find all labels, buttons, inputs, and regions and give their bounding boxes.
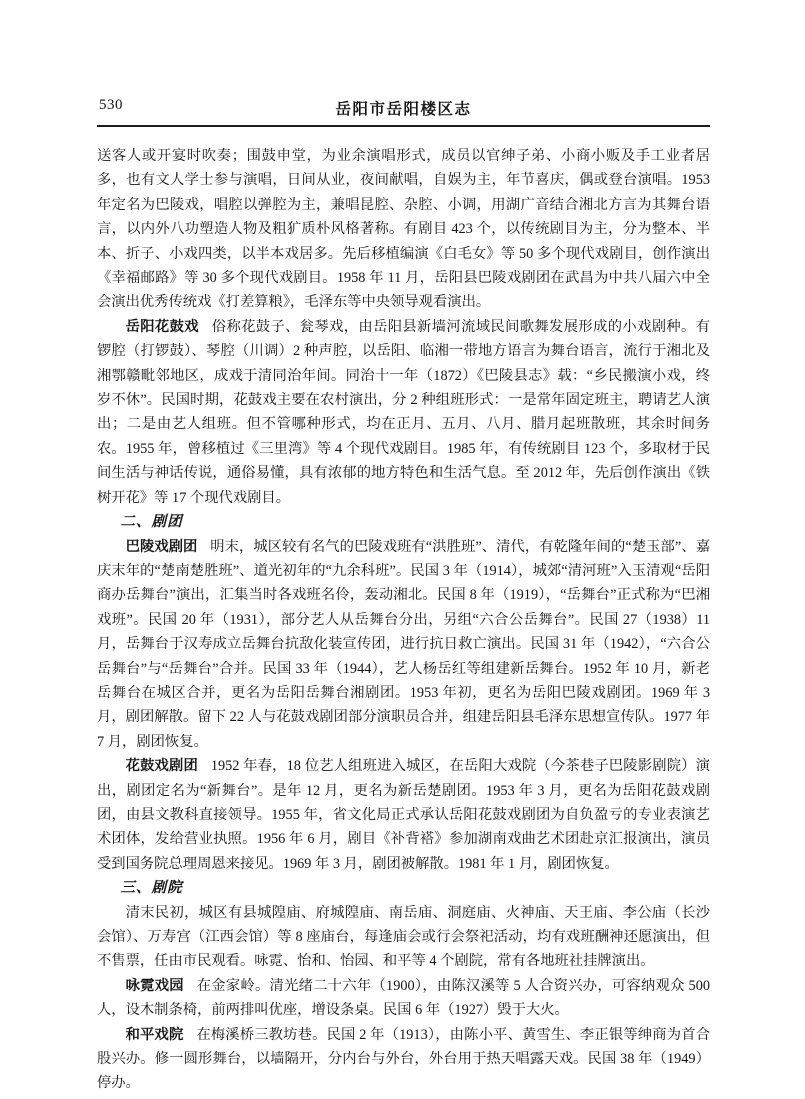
entry-term-yueyang-huaguxi: 岳阳花鼓戏 <box>126 319 212 335</box>
paragraph-theaters-intro: 清末民初，城区有县城隍庙、府城隍庙、南岳庙、洞庭庙、火神庙、天王庙、李公庙（长沙… <box>97 901 710 974</box>
paragraph-continuation: 送客人或开宴时吹奏；围鼓申堂，为业余演唱形式，成员以官绅子弟、小商小贩及手工业者… <box>97 144 710 315</box>
body-text: 送客人或开宴时吹奏；围鼓申堂，为业余演唱形式，成员以官绅子弟、小商小贩及手工业者… <box>97 144 710 1096</box>
page-content: 530 岳阳市岳阳楼区志 送客人或开宴时吹奏；围鼓申堂，为业余演唱形式，成员以官… <box>97 97 710 1096</box>
entry-balingxi-troupe: 巴陵戏剧团明末，城区较有名气的巴陵戏班有“洪胜班”、清代，有乾隆年间的“楚玉部”… <box>97 535 710 755</box>
entry-term-balingxi-troupe: 巴陵戏剧团 <box>126 539 211 555</box>
entry-heping-theater: 和平戏院在梅溪桥三教坊巷。民国 2 年（1913），由陈小平、黄雪生、李正银等绅… <box>97 1023 710 1096</box>
section-heading-theaters: 三、剧院 <box>97 876 710 900</box>
entry-term-huaguxi-troupe: 花鼓戏剧团 <box>126 758 211 774</box>
entry-text-yueyang-huaguxi: 俗称花鼓子、瓮琴戏，由岳阳县新墙河流域民间歌舞发展形成的小戏剧种。有锣腔（打锣鼓… <box>97 319 710 506</box>
running-header: 530 岳阳市岳阳楼区志 <box>97 97 710 127</box>
entry-term-yongni-theater: 咏霓戏园 <box>126 978 197 994</box>
running-header-title: 岳阳市岳阳楼区志 <box>97 97 710 119</box>
entry-huaguxi-troupe: 花鼓戏剧团1952 年春，18 位艺人组班进入城区，在岳阳大戏院（今茶巷子巴陵影… <box>97 754 710 876</box>
entry-text-balingxi-troupe: 明末，城区较有名气的巴陵戏班有“洪胜班”、清代，有乾隆年间的“楚玉部”、嘉庆末年… <box>97 539 710 750</box>
book-page: 530 岳阳市岳阳楼区志 送客人或开宴时吹奏；围鼓申堂，为业余演唱形式，成员以官… <box>0 0 805 1099</box>
entry-yongni-theater: 咏霓戏园在金家岭。清光绪二十六年（1900），由陈汉溪等 5 人合资兴办，可容纳… <box>97 974 710 1023</box>
entry-term-heping-theater: 和平戏院 <box>126 1027 197 1043</box>
entry-yueyang-huaguxi: 岳阳花鼓戏俗称花鼓子、瓮琴戏，由岳阳县新墙河流域民间歌舞发展形成的小戏剧种。有锣… <box>97 315 710 510</box>
entry-text-huaguxi-troupe: 1952 年春，18 位艺人组班进入城区，在岳阳大戏院（今茶巷子巴陵影剧院）演出… <box>97 758 710 872</box>
section-heading-troupes: 二、剧团 <box>97 510 710 534</box>
